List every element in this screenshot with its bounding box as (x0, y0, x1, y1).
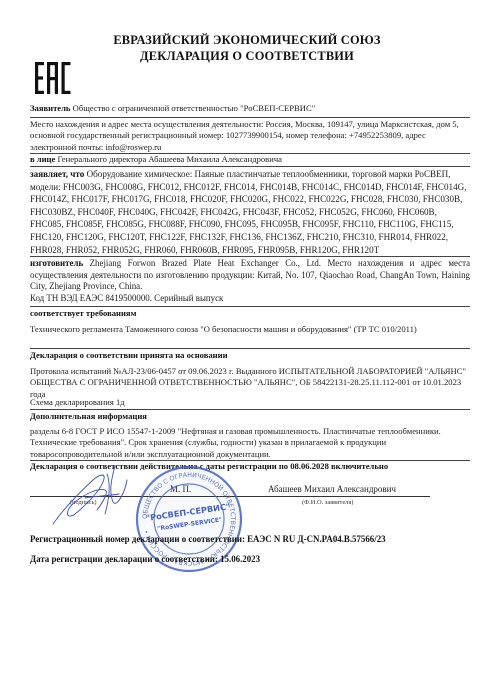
hs-code-line: Код ТН ВЭД ЕАЭС 8419500000. Серийный вып… (30, 293, 470, 304)
basis-value: Протокола испытаний №АЛ-23/06-0457 от 09… (30, 366, 470, 400)
applicant-label: Заявитель (30, 103, 70, 113)
address-block: Место нахождения и адрес места осуществл… (30, 119, 470, 153)
manufacturer-value: Zhejiang Forwon Brazed Plate Heat Exchan… (30, 258, 470, 291)
eac-mark-icon (33, 60, 73, 96)
represented-by-label: в лице (30, 154, 55, 164)
manufacturer-block: изготовитель Zhejiang Forwon Brazed Plat… (30, 258, 470, 293)
divider (30, 306, 470, 307)
represented-by-value: Генерального директора Абашеева Михаила … (57, 154, 282, 164)
manufacturer-label: изготовитель (30, 258, 83, 268)
declares-label: заявляет, что (30, 169, 84, 179)
divider (30, 117, 470, 118)
requirements-value: Технического регламента Таможенного союз… (30, 324, 470, 335)
registration-number-row: Регистрационный номер декларации о соотв… (30, 534, 470, 545)
registration-date-label: Дата регистрации декларации о соответств… (30, 554, 218, 564)
signature-icon (45, 462, 135, 532)
applicant-row: Заявитель Общество с ограниченной ответс… (30, 103, 470, 114)
registration-number-label: Регистрационный номер декларации о соотв… (30, 534, 245, 544)
signer-caption: (Ф.И.О. заявителя) (302, 499, 353, 506)
requirements-label-row: соответствует требованиям (30, 308, 470, 319)
title-union: ЕВРАЗИЙСКИЙ ЭКОНОМИЧЕСКИЙ СОЮЗ (0, 33, 494, 48)
represented-by-row: в лице Генерального директора Абашеева М… (30, 154, 470, 165)
signer-name: Абашеев Михаил Александрович (268, 484, 468, 495)
divider (30, 409, 470, 410)
registration-date-value: 15.06.2023 (220, 554, 260, 564)
requirements-label: соответствует требованиям (30, 308, 136, 318)
divider (30, 256, 470, 257)
declares-value: Оборудование химическое: Паяные пластинч… (30, 169, 466, 255)
divider (30, 166, 470, 167)
divider (30, 348, 470, 349)
additional-value: разделы 6-8 ГОСТ Р ИСО 15547-1-2009 "Неф… (30, 426, 470, 460)
declaration-scheme: Схема декларирования 1д (30, 397, 470, 408)
basis-label-row: Декларация о соответствии принята на осн… (30, 350, 470, 361)
additional-label-row: Дополнительная информация (30, 411, 470, 422)
title-declaration: ДЕКЛАРАЦИЯ О СООТВЕТСТВИИ (0, 49, 494, 64)
applicant-value: Общество с ограниченной ответственностью… (73, 103, 316, 113)
registration-number-value: ЕАЭС N RU Д-CN.PA04.B.57566/23 (247, 534, 385, 544)
additional-label: Дополнительная информация (30, 411, 147, 421)
basis-label: Декларация о соответствии принята на осн… (30, 350, 228, 360)
declaration-page: ЕВРАЗИЙСКИЙ ЭКОНОМИЧЕСКИЙ СОЮЗ ДЕКЛАРАЦИ… (0, 0, 494, 700)
declares-block: заявляет, что Оборудование химическое: П… (30, 168, 470, 256)
registration-date-row: Дата регистрации декларации о соответств… (30, 554, 470, 565)
